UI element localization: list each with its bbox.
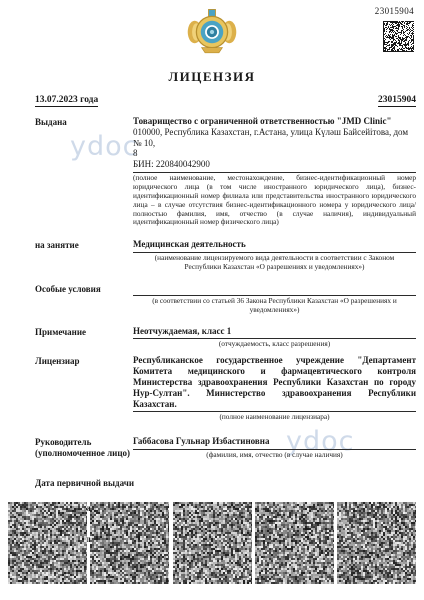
datamatrix-barcode (90, 502, 169, 584)
field-label: Примечание (35, 326, 133, 350)
licensee-name: Товарищество с ограниченной ответственно… (133, 116, 416, 127)
document-title: ЛИЦЕНЗИЯ (0, 69, 424, 85)
document-number-top: 23015904 (375, 6, 414, 16)
barcode-strip (8, 502, 416, 584)
head-value: Габбасова Гульнар Избастиновна (133, 436, 416, 447)
field-head: Руководитель (уполномоченное лицо) Габба… (35, 436, 416, 460)
field-label-line2: (уполномоченное лицо) (35, 448, 133, 459)
licensee-address-line2: 8 (133, 148, 416, 159)
field-caption: (фамилия, имя, отчество (в случае наличи… (133, 451, 416, 460)
field-special-conditions: Особые условия (в соответствии со статье… (35, 283, 416, 315)
empty-value (133, 283, 416, 293)
field-activity: на занятие Медицинская деятельность (наи… (35, 239, 416, 272)
field-caption: (отчуждаемость, класс разрешения) (133, 340, 416, 349)
field-label: Выдана (35, 116, 133, 227)
field-licensor: Лицензиар Республиканское государственно… (35, 355, 416, 422)
license-document-page: 23015904 ЛИЦЕНЗИЯ ydoc ydoc 13.07.2023 г… (0, 0, 424, 600)
licensee-address-line1: 010000, Республика Казахстан, г.Астана, … (133, 127, 416, 149)
field-note: Примечание Неотчуждаемая, класс 1 (отчуж… (35, 326, 416, 350)
activity-value: Медицинская деятельность (133, 239, 416, 250)
field-label: Особые условия (35, 283, 133, 315)
field-first-issue-date: Дата первичной выдачи (35, 477, 416, 489)
license-number: 23015904 (378, 95, 416, 107)
datamatrix-barcode (8, 502, 87, 584)
field-label-line1: Руководитель (35, 437, 133, 448)
field-label: Лицензиар (35, 355, 133, 422)
field-issued-to: Выдана Товарищество с ограниченной ответ… (35, 116, 416, 227)
datamatrix-barcode (255, 502, 334, 584)
datamatrix-barcode (173, 502, 252, 584)
document-body: 13.07.2023 года 23015904 Выдана Товарище… (35, 95, 416, 546)
field-caption: (наименование лицензируемого вида деятел… (133, 254, 416, 272)
date-number-row: 13.07.2023 года 23015904 (35, 95, 416, 107)
field-caption: (полное наименование лицензиара) (133, 413, 416, 422)
issue-date: 13.07.2023 года (35, 95, 98, 107)
kazakhstan-emblem-icon (186, 7, 238, 57)
licensor-value: Республиканское государственное учрежден… (133, 355, 416, 409)
field-label: Дата первичной выдачи (35, 477, 416, 489)
field-label: на занятие (35, 239, 133, 272)
licensee-bin: БИН: 220840042900 (133, 159, 416, 170)
datamatrix-barcode (337, 502, 416, 584)
datamatrix-code-icon (383, 21, 414, 52)
field-caption: (полное наименование, местонахождение, б… (133, 174, 416, 227)
field-caption: (в соответствии со статьей 36 Закона Рес… (133, 297, 416, 315)
note-value: Неотчуждаемая, класс 1 (133, 326, 416, 337)
